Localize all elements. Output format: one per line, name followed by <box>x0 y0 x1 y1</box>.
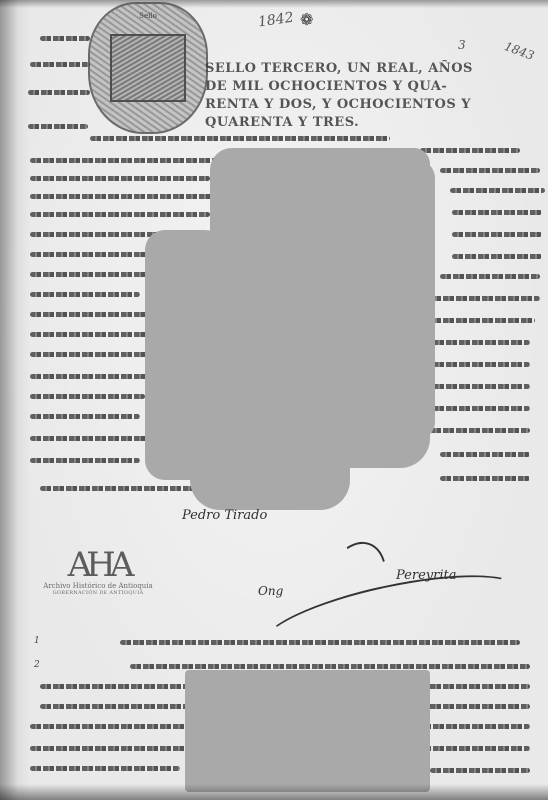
handwriting-line <box>30 292 140 297</box>
handwriting-line <box>30 158 220 163</box>
handwriting-line <box>30 176 210 181</box>
handwriting-line <box>30 352 160 357</box>
handwriting-line <box>420 148 520 153</box>
handwriting-line <box>420 340 530 345</box>
rubric-mark: Ong <box>258 584 283 598</box>
redaction-patch-main-right <box>395 160 435 440</box>
stamp-seal: Sello <box>88 2 208 134</box>
heading-line: Sello tercero, un real, años <box>205 60 545 78</box>
signature-left: Pedro Tirado <box>182 508 267 523</box>
handwriting-line <box>30 458 140 463</box>
handwriting-line <box>30 766 180 771</box>
handwriting-line <box>40 36 90 41</box>
handwriting-line <box>30 194 215 199</box>
page-top-edge <box>0 0 548 8</box>
handwriting-line <box>452 210 542 215</box>
handwriting-line <box>430 318 535 323</box>
year-mark-left: 1842 <box>257 10 295 31</box>
manuscript-page: Sello 1842 ❁ 3 1843 Sello tercero, un re… <box>0 0 548 800</box>
handwriting-line <box>450 188 545 193</box>
handwriting-line <box>28 90 90 95</box>
small-mark: 3 <box>458 38 466 52</box>
handwriting-line <box>30 436 150 441</box>
handwriting-line <box>452 232 542 237</box>
archive-name: Archivo Histórico de Antioquia <box>28 582 168 590</box>
handwriting-line <box>430 428 530 433</box>
handwriting-line <box>90 136 390 141</box>
handwriting-line <box>430 296 540 301</box>
margin-mark: 2 <box>34 660 40 670</box>
archive-subtitle: GOBERNACIÓN DE ANTIOQUIA <box>28 590 168 596</box>
handwriting-line <box>30 272 150 277</box>
handwriting-line <box>30 62 90 67</box>
redaction-patch-main-bottom <box>190 400 350 510</box>
handwriting-line <box>430 768 530 773</box>
margin-mark: 1 <box>34 636 40 646</box>
handwriting-line <box>440 452 530 457</box>
archive-logo-icon: AHA <box>28 548 168 582</box>
heading-line: de mil ochocientos y qua- <box>205 78 545 96</box>
handwriting-line <box>440 274 540 279</box>
archive-watermark: AHA Archivo Histórico de Antioquia GOBER… <box>28 548 168 596</box>
heading-line: quarenta y tres. <box>205 114 545 132</box>
handwriting-line <box>30 414 140 419</box>
handwriting-line <box>28 124 88 129</box>
ornament-icon: ❁ <box>300 10 313 29</box>
handwriting-line <box>30 394 145 399</box>
handwriting-line <box>30 212 210 217</box>
redaction-patch-lower-top <box>310 676 430 706</box>
heading-line: renta y dos, y ochocientos y <box>205 96 545 114</box>
seal-coat-of-arms-icon <box>110 34 186 102</box>
stamped-paper-heading: Sello tercero, un real, años de mil ocho… <box>205 60 545 132</box>
handwriting-line <box>30 374 150 379</box>
page-bottom-edge <box>0 784 548 800</box>
handwriting-line <box>130 664 530 669</box>
handwriting-line <box>440 476 530 481</box>
signature-flourish <box>256 558 528 675</box>
handwriting-line <box>420 384 530 389</box>
seal-label: Sello <box>90 12 206 20</box>
handwriting-line <box>440 168 540 173</box>
handwriting-line <box>452 254 542 259</box>
handwriting-line <box>420 406 530 411</box>
handwriting-line <box>420 362 530 367</box>
